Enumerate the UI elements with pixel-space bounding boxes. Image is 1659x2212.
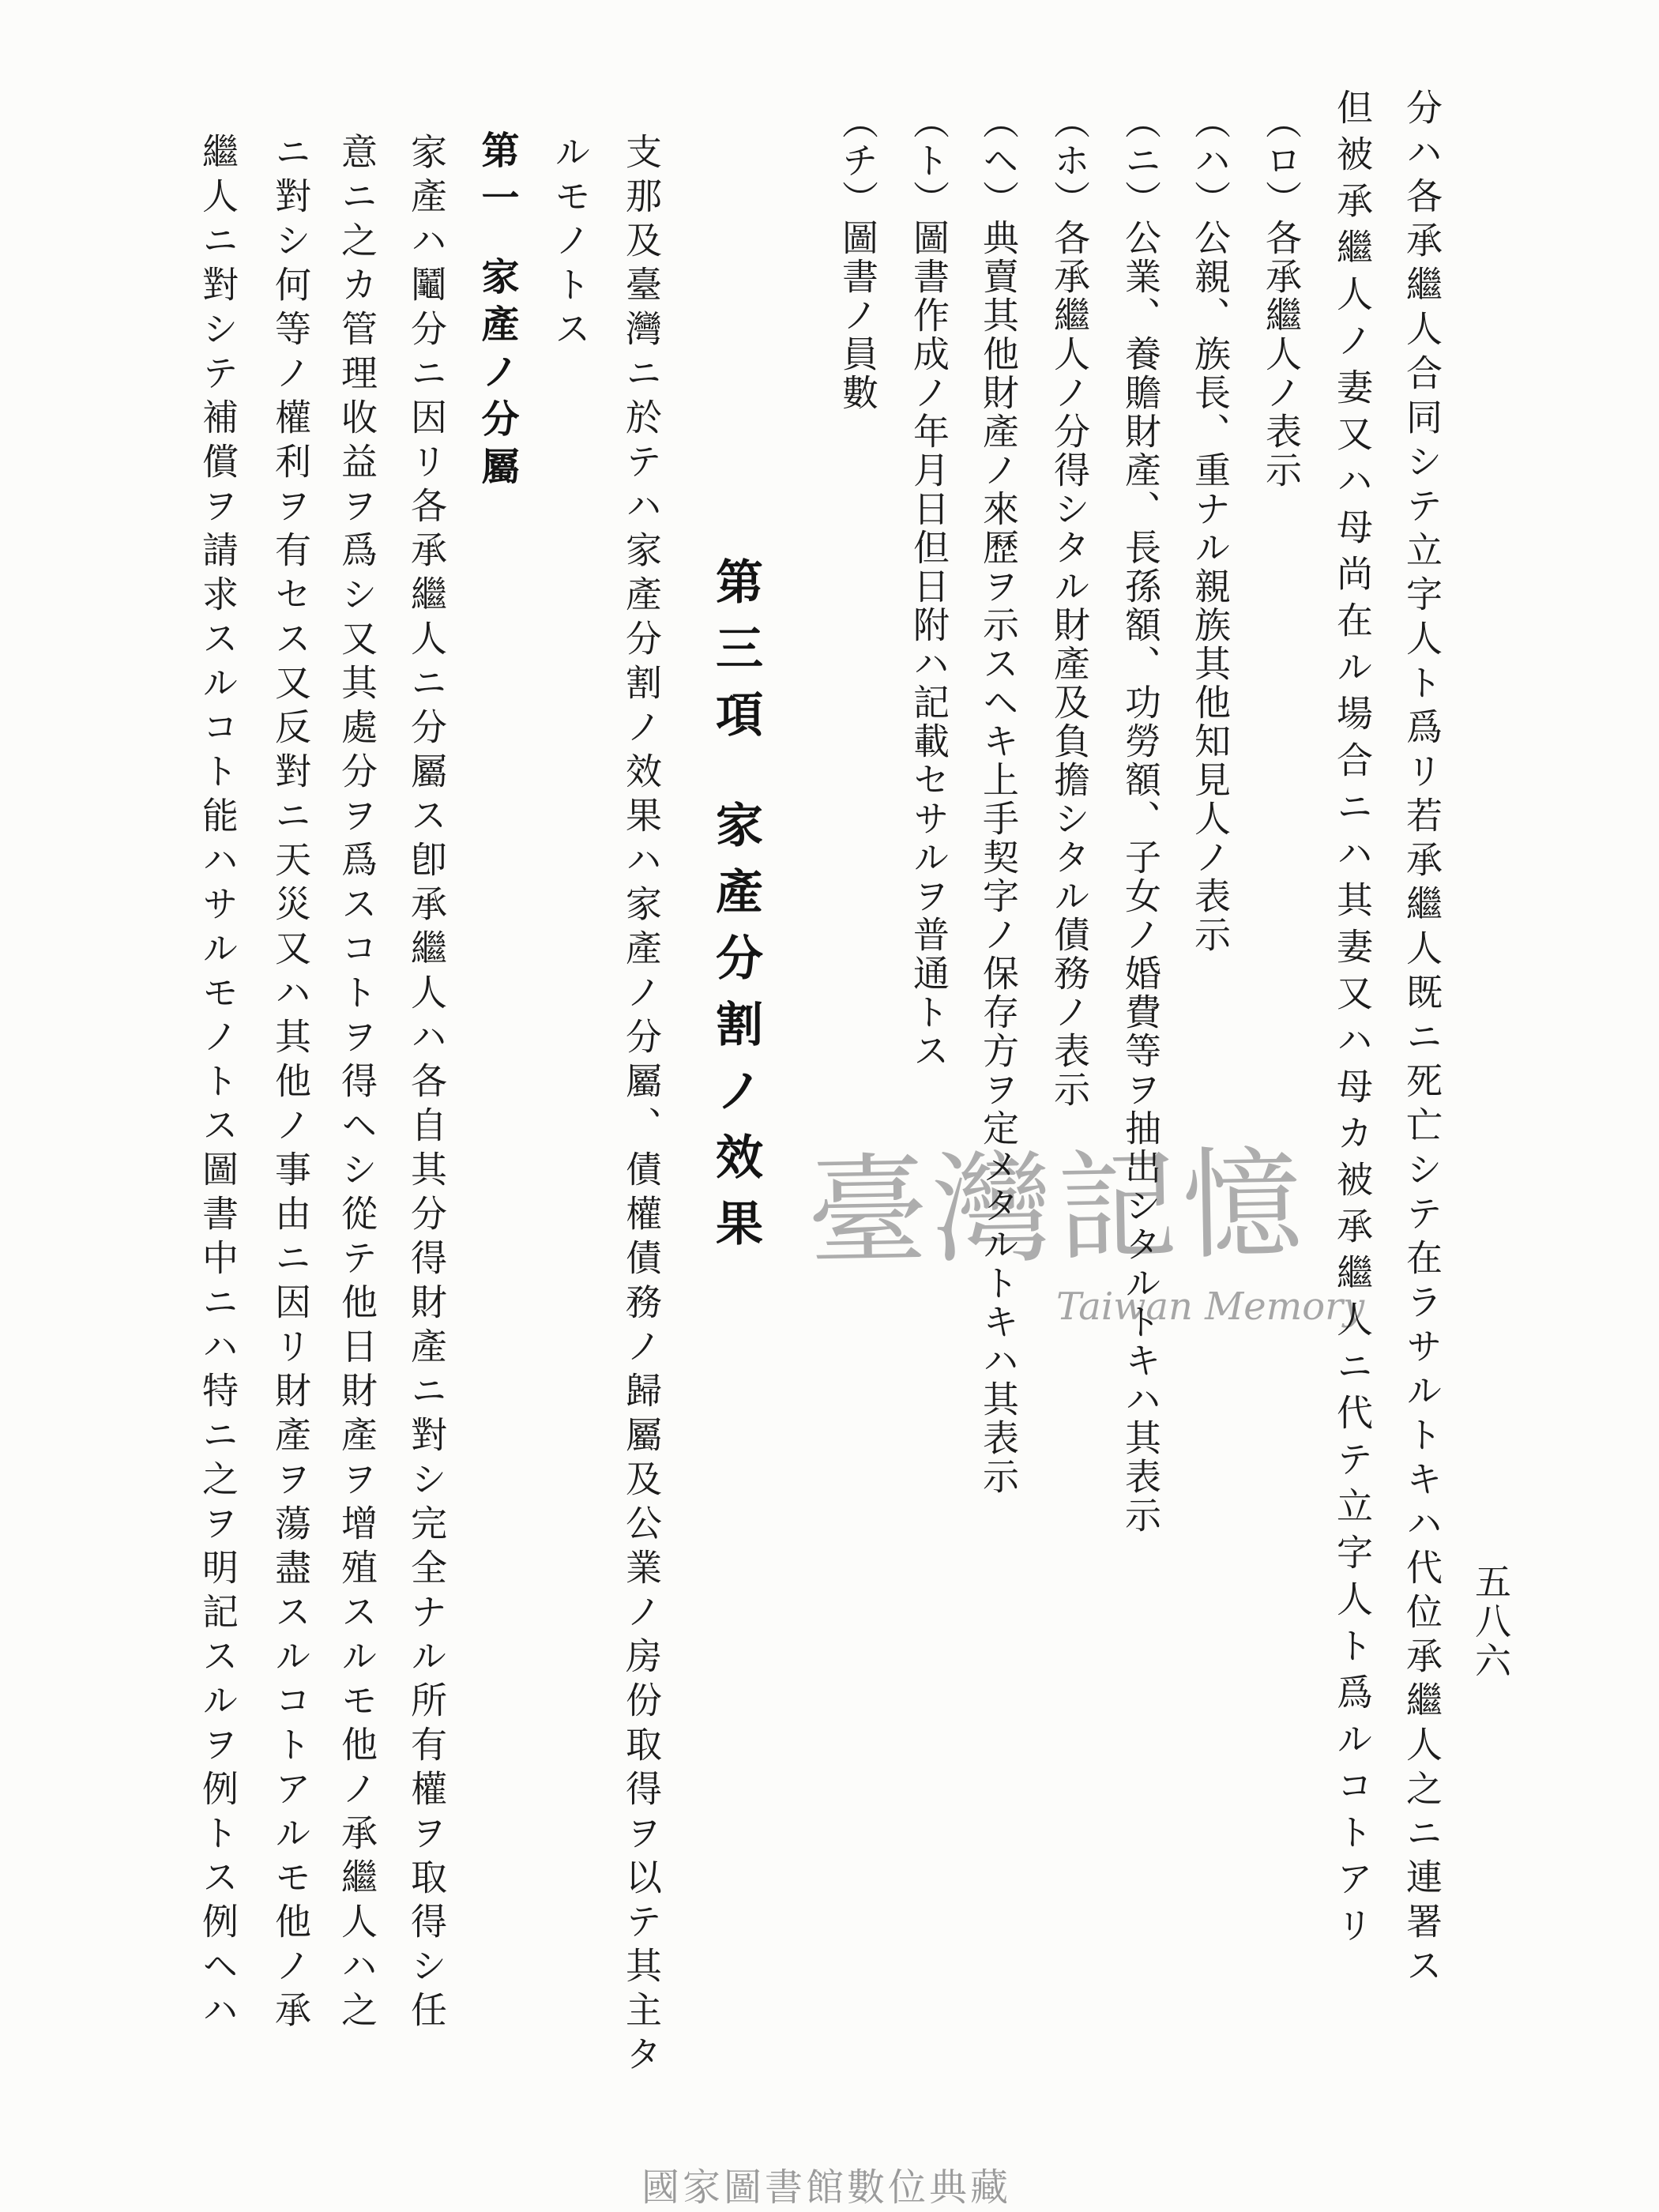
list-item-to: （ト）圖書作成ノ年月日但日附ハ記載セサルヲ普通トス — [911, 103, 947, 1070]
list-item-ho: （ホ）各承繼人ノ分得シタル財產及負擔シタル債務ノ表示 — [1051, 103, 1088, 1109]
paragraph1-column-1: 支那及臺灣ニ於テハ家產分割ノ效果ハ家產ノ分屬、債權債務ノ歸屬及公業ノ房份取得ヲ以… — [623, 133, 660, 2079]
taiwan-memory-caption-watermark: Taiwan Memory — [1056, 1285, 1364, 1329]
section-number: 第三項 — [708, 557, 763, 756]
paragraph2-column-2: 意ニ之カ管理收益ヲ爲シ又其處分ヲ爲スコトヲ得ヘシ從テ他日財產ヲ增殖スルモ他ノ承繼… — [339, 133, 375, 2035]
list-item-chi: （チ）圖書ノ員數 — [840, 103, 876, 412]
paragraph1-column-2: ルモノトス — [552, 133, 589, 354]
text-column-continuation-2: 但被承繼人ノ妻又ハ母尚在ル場合ニハ其妻又ハ母カ被承繼人ニ代テ立字人ト爲ルコトアリ — [1334, 88, 1371, 1953]
taiwan-memory-calligraphy-watermark: 臺灣記憶 — [806, 1108, 1308, 1289]
list-item-he: （ヘ）典賣其他財產ノ來歷ヲ示スヘキ上手契字ノ保存方ヲ定メタルトキハ其表示 — [980, 103, 1017, 1496]
paragraph2-column-1: 家產ハ鬮分ニ因リ各承繼人ニ分屬ス卽承繼人ハ各自其分得財產ニ對シ完全ナル所有權ヲ取… — [408, 133, 445, 2035]
text-column-continuation-1: 分ハ各承繼人合同シテ立字人ト爲リ若承繼人既ニ死亡シテ在ラサルトキハ代位承繼人之ニ… — [1404, 88, 1440, 1991]
list-item-ro: （ロ）各承繼人ノ表示 — [1263, 103, 1300, 490]
paragraph2-column-4: 繼人ニ對シテ補償ヲ請求スルコト能ハサルモノトス圖書中ニハ特ニ之ヲ明記スルヲ例トス… — [200, 133, 236, 2035]
section-title: 家產分割ノ效果 — [708, 800, 763, 1265]
page-number: 五八六 — [1473, 1563, 1509, 1681]
subsection-title: 家產ノ分屬 — [475, 257, 519, 494]
list-item-ni: （ニ）公業、養贍財產、長孫額、功勞額、子女ノ婚費等ヲ抽出シタルトキハ其表示 — [1123, 103, 1159, 1535]
section-heading: 第三項家產分割ノ效果 — [712, 557, 759, 1265]
list-item-ha: （ハ）公親、族長、重ナル親族其他知見人ノ表示 — [1192, 103, 1228, 954]
library-footer: 國家圖書館數位典藏 — [641, 2157, 1011, 2211]
paragraph2-column-3: ニ對シ何等ノ權利ヲ有セス又反對ニ天災又ハ其他ノ事由ニ因リ財產ヲ蕩盡スルコトアルモ… — [273, 133, 309, 2035]
scanned-page: 臺灣記憶 Taiwan Memory 分ハ各承繼人合同シテ立字人ト爲リ若承繼人既… — [0, 0, 1659, 2212]
subsection-heading: 第一家產ノ分屬 — [478, 130, 516, 494]
subsection-number: 第一 — [475, 130, 519, 225]
